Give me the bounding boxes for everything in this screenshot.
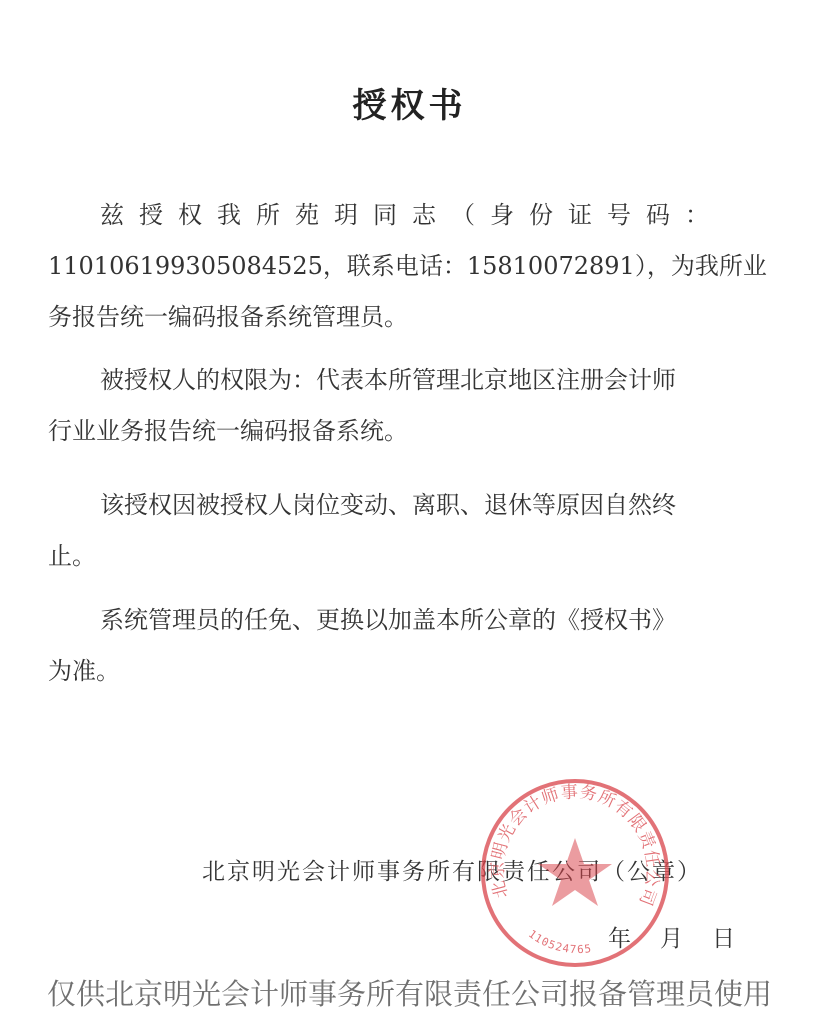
document-title: 授权书 bbox=[0, 78, 819, 127]
date-day: 日 bbox=[712, 920, 764, 953]
paragraph-line: 系统管理员的任免、更换以加盖本所公章的《授权书》 bbox=[100, 606, 676, 634]
paragraph-line: 止。 bbox=[48, 531, 748, 582]
paragraph-line: 为准。 bbox=[48, 646, 748, 697]
signature-date: 年月日 bbox=[608, 920, 764, 953]
stamp-code: 110524765 bbox=[526, 927, 593, 956]
paragraph-appointment: 系统管理员的任免、更换以加盖本所公章的《授权书》 为准。 bbox=[48, 595, 748, 697]
svg-text:110524765: 110524765 bbox=[526, 927, 593, 956]
paragraph-line: 务报告统一编码报备系统管理员。 bbox=[48, 292, 748, 343]
paragraph-line: 该授权因被授权人岗位变动、离职、退休等原因自然终 bbox=[100, 491, 676, 519]
svg-text:北京明光会计师事务所有限责任公司: 北京明光会计师事务所有限责任公司 bbox=[488, 782, 662, 909]
paragraph-line: 110106199305084525，联系电话：15810072891），为我所… bbox=[48, 241, 748, 292]
stamp-text: 北京明光会计师事务所有限责任公司 bbox=[488, 782, 662, 909]
paragraph-line: 行业业务报告统一编码报备系统。 bbox=[48, 406, 748, 457]
paragraph-permissions: 被授权人的权限为：代表本所管理北京地区注册会计师 行业业务报告统一编码报备系统。 bbox=[48, 355, 748, 457]
signer-company: 北京明光会计师事务所有限责任公司（公章） bbox=[202, 853, 702, 886]
paragraph-line: 被授权人的权限为：代表本所管理北京地区注册会计师 bbox=[100, 366, 676, 394]
paragraph-line: 兹授权我所苑玥同志（身份证号码： bbox=[100, 201, 724, 229]
date-month: 月 bbox=[660, 920, 712, 953]
paragraph-authorization: 兹授权我所苑玥同志（身份证号码： 110106199305084525，联系电话… bbox=[48, 190, 748, 343]
date-year: 年 bbox=[608, 920, 660, 953]
usage-watermark: 仅供北京明光会计师事务所有限责任公司报备管理员使用 bbox=[0, 972, 819, 1013]
paragraph-termination: 该授权因被授权人岗位变动、离职、退休等原因自然终 止。 bbox=[48, 480, 748, 582]
